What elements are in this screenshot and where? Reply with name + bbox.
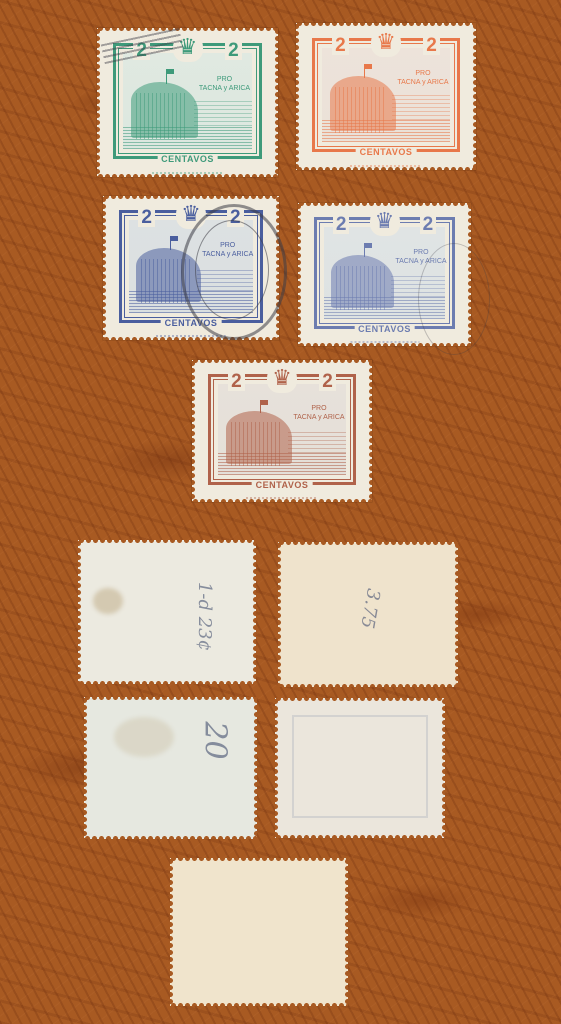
flag-icon (365, 64, 372, 69)
stamp-vignette (129, 220, 253, 312)
value-numeral-left: 2 (228, 373, 245, 391)
pencil-notation: 20 (198, 721, 233, 759)
stamp-back-5 (170, 858, 348, 1006)
value-numeral-right: 2 (227, 209, 244, 227)
printer-imprint (156, 335, 226, 337)
denomination-label: CENTAVOS (161, 318, 222, 328)
stamp-vignette (123, 53, 251, 149)
value-numeral-right: 2 (423, 37, 440, 55)
stamp-back-2: 3.75 (278, 542, 458, 687)
flag-icon (171, 236, 178, 241)
stamp-back-4 (275, 698, 445, 838)
inscription: PRO TACNA y ARICA (293, 404, 344, 422)
value-numeral-left: 2 (133, 42, 150, 60)
stamp-frame: 2 ♛ 2 PRO TACNA y ARICA CENTAVOS (208, 374, 356, 485)
stamp-vignette (322, 48, 450, 143)
printer-imprint (350, 165, 422, 167)
denomination-label: CENTAVOS (157, 154, 218, 164)
gum-stain (114, 717, 174, 757)
flag-icon (261, 400, 268, 405)
coat-of-arms-icon: ♛ (173, 32, 203, 62)
stamp-back-3: 20 (84, 697, 257, 839)
show-through-frame (292, 715, 428, 819)
printer-imprint (246, 497, 318, 499)
flag-icon (365, 243, 372, 248)
stamp-frame: 2 ♛ 2 PRO TACNA y ARICA CENTAVOS (119, 210, 263, 322)
stamp-frame: 2 ♛ 2 PRO TACNA y ARICA CENTAVOS (314, 217, 456, 329)
printer-imprint (151, 172, 223, 174)
flag-icon (167, 69, 174, 74)
value-numeral-left: 2 (332, 37, 349, 55)
gum-stain (93, 588, 123, 614)
value-numeral-right: 2 (319, 373, 336, 391)
pencil-notation: 1-d 23¢ (194, 582, 215, 651)
denomination-label: CENTAVOS (356, 147, 417, 157)
coat-of-arms-icon: ♛ (371, 27, 401, 57)
inscription: PRO TACNA y ARICA (199, 75, 250, 93)
stamp-album-page: { "page": { "description": "Peru 1925-19… (0, 0, 561, 1024)
coat-of-arms-icon: ♛ (176, 199, 206, 229)
stamp-front-gray-blue: 2 ♛ 2 PRO TACNA y ARICA CENTAVOS (298, 203, 471, 346)
stamp-back-1: 1-d 23¢ (78, 540, 256, 684)
denomination-label: CENTAVOS (354, 324, 415, 334)
stamp-front-orange: 2 ♛ 2 PRO TACNA y ARICA CENTAVOS (296, 23, 476, 170)
value-numeral-left: 2 (333, 216, 350, 234)
coat-of-arms-icon: ♛ (267, 363, 297, 393)
stamp-vignette (324, 227, 446, 319)
value-numeral-right: 2 (420, 216, 437, 234)
stamp-front-blue: 2 ♛ 2 PRO TACNA y ARICA CENTAVOS (103, 196, 279, 340)
value-numeral-left: 2 (138, 209, 155, 227)
inscription: PRO TACNA y ARICA (395, 248, 446, 266)
stamp-vignette (218, 384, 346, 475)
value-numeral-right: 2 (225, 42, 242, 60)
coat-of-arms-icon: ♛ (370, 206, 400, 236)
stamp-back-paper (170, 858, 348, 1006)
stamp-front-brown: 2 ♛ 2 PRO TACNA y ARICA CENTAVOS (192, 360, 372, 502)
stamp-frame: 2 ♛ 2 PRO TACNA y ARICA CENTAVOS (113, 43, 261, 159)
inscription: PRO TACNA y ARICA (397, 69, 448, 87)
stamp-back-paper (84, 697, 257, 839)
printer-imprint (350, 341, 419, 343)
stamp-front-green: 2 ♛ 2 PRO TACNA y ARICA CENTAVOS (97, 28, 278, 177)
inscription: PRO TACNA y ARICA (202, 241, 253, 259)
denomination-label: CENTAVOS (252, 480, 313, 490)
stamp-frame: 2 ♛ 2 PRO TACNA y ARICA CENTAVOS (312, 38, 460, 153)
